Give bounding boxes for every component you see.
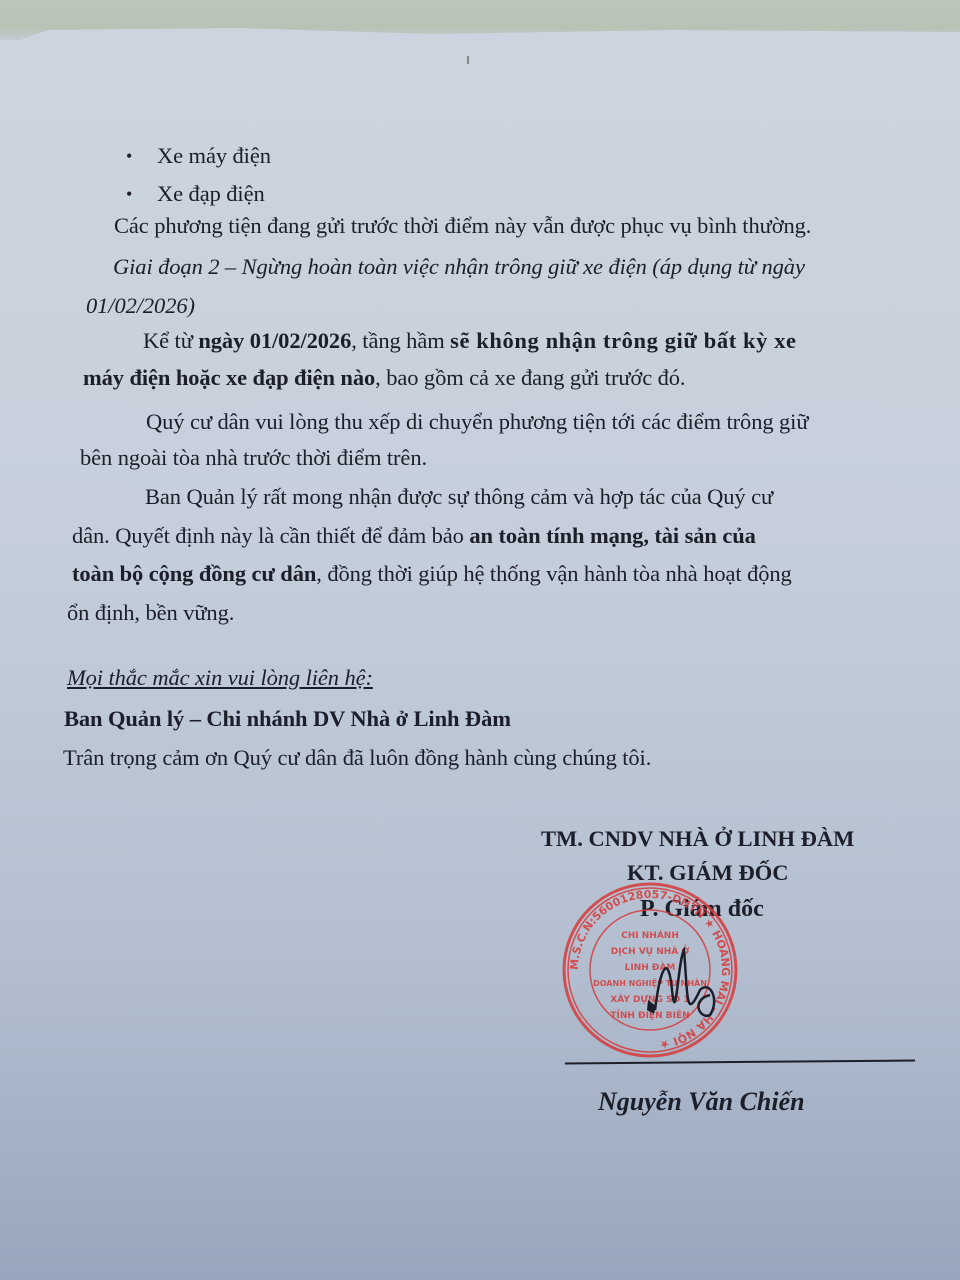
background-surface bbox=[0, 0, 960, 40]
list-item: Xe đạp điện bbox=[157, 181, 265, 207]
bullet-icon: • bbox=[126, 184, 132, 205]
thanks-line: Trân trọng cảm ơn Quý cư dân đã luôn đồn… bbox=[63, 745, 651, 771]
phase2-title-cont: 01/02/2026) bbox=[86, 293, 195, 319]
paragraph-continue: Các phương tiện đang gửi trước thời điểm… bbox=[114, 213, 811, 239]
list-item: Xe máy điện bbox=[157, 143, 271, 169]
page-mark bbox=[467, 56, 469, 64]
phase2-title: Giai đoạn 2 – Ngừng hoàn toàn việc nhận … bbox=[113, 254, 805, 280]
paragraph-2-line-2: bên ngoài tòa nhà trước thời điểm trên. bbox=[80, 445, 427, 471]
paragraph-2-line-1: Quý cư dân vui lòng thu xếp di chuyển ph… bbox=[146, 409, 808, 435]
signature-underline bbox=[565, 1059, 915, 1064]
svg-text:DỊCH VỤ NHÀ Ở: DỊCH VỤ NHÀ Ở bbox=[611, 944, 690, 957]
contact-org: Ban Quản lý – Chi nhánh DV Nhà ở Linh Đà… bbox=[64, 706, 511, 732]
svg-text:CHI NHÁNH: CHI NHÁNH bbox=[621, 929, 679, 941]
paragraph-1-line-2: máy điện hoặc xe đạp điện nào, bao gồm c… bbox=[83, 365, 685, 391]
paragraph-3-line-4: ổn định, bền vững. bbox=[67, 600, 234, 626]
paragraph-3-line-2: dân. Quyết định này là cần thiết để đảm … bbox=[72, 523, 756, 549]
signature-org: TM. CNDV NHÀ Ở LINH ĐÀM bbox=[541, 826, 854, 852]
contact-label: Mọi thắc mắc xin vui lòng liên hệ: bbox=[67, 665, 373, 691]
paragraph-3-line-1: Ban Quản lý rất mong nhận được sự thông … bbox=[145, 484, 773, 510]
company-stamp: M.S.C.N:5600128057-DNTN ★ HOÀNG MAI - HÀ… bbox=[560, 880, 740, 1060]
svg-text:DOANH NGHIỆP TƯ NHÂN: DOANH NGHIỆP TƯ NHÂN bbox=[593, 977, 707, 988]
paragraph-1-line-1: Kể từ ngày 01/02/2026, tầng hầm sẽ không… bbox=[143, 328, 903, 354]
paragraph-3-line-3: toàn bộ cộng đồng cư dân, đồng thời giúp… bbox=[72, 561, 792, 587]
signer-name: Nguyễn Văn Chiến bbox=[598, 1087, 805, 1117]
bullet-icon: • bbox=[126, 146, 132, 167]
